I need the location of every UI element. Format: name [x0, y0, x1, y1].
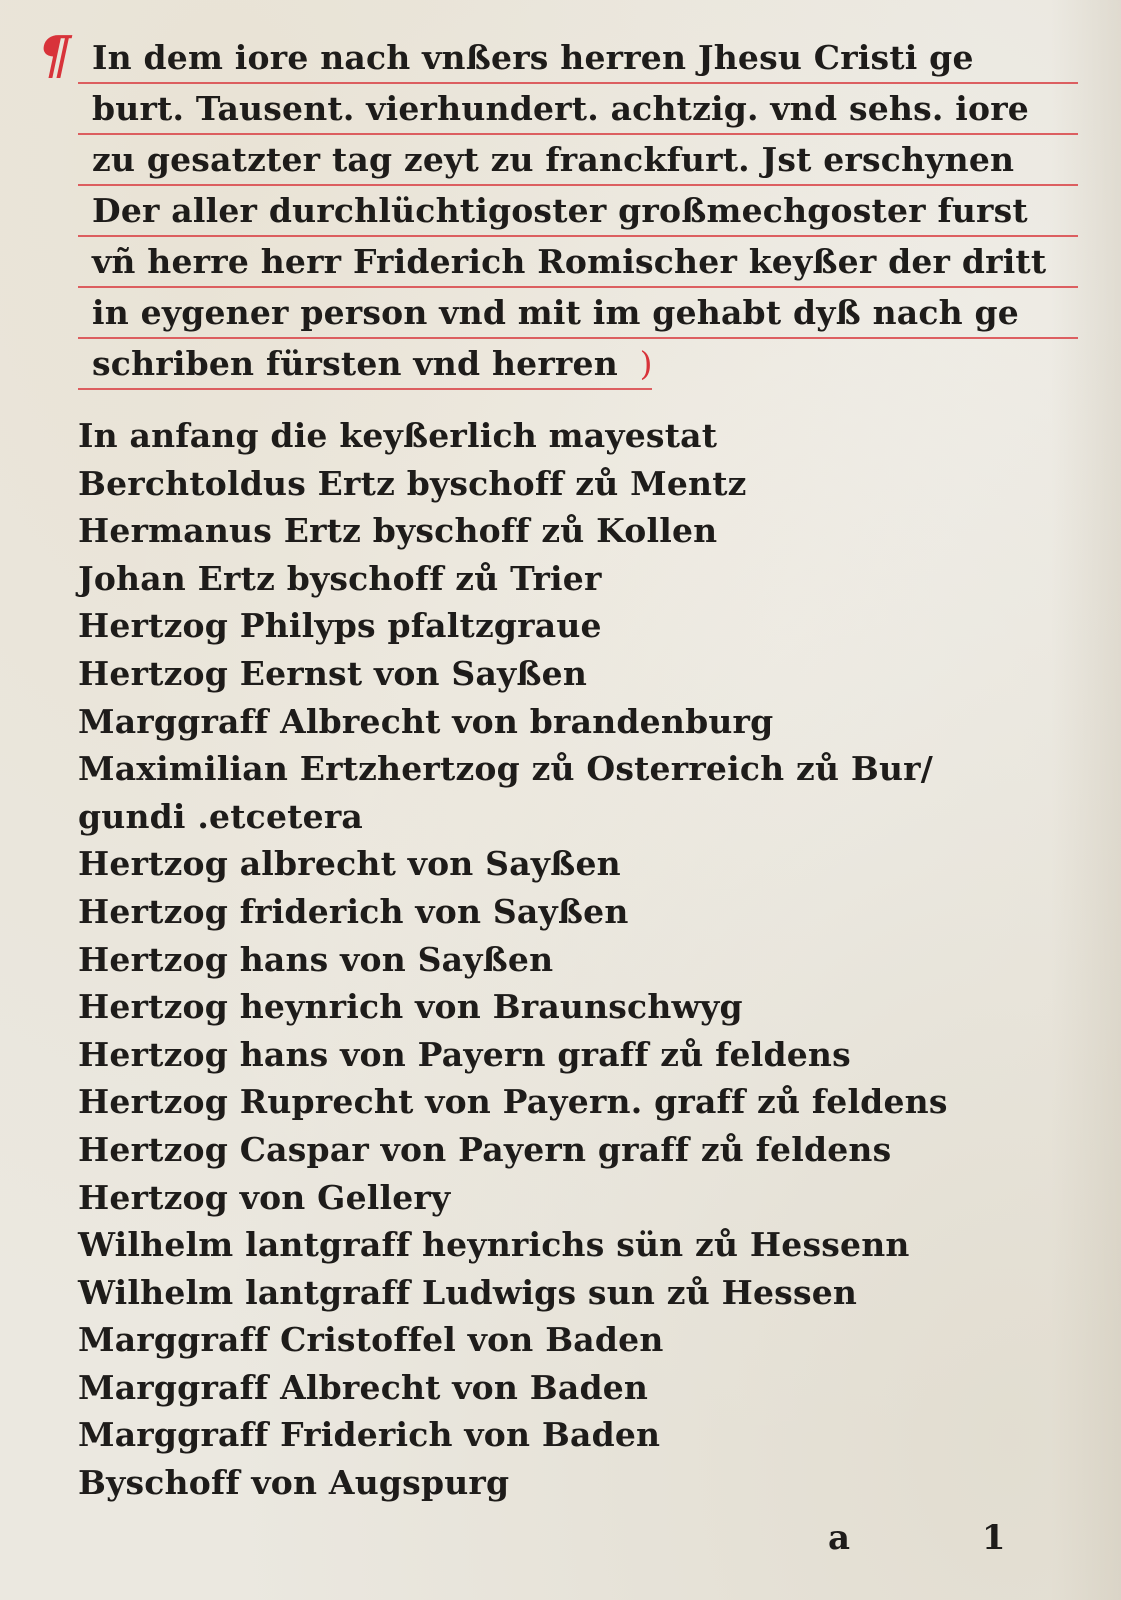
list-item: Hertzog Eernst von Sayßen [78, 650, 1038, 698]
incipit-block: In dem iore nach vnßers herren Jhesu Cri… [78, 36, 1078, 393]
incipit-line: schriben fürsten vnd herren ) [78, 342, 652, 393]
list-item: Hertzog hans von Sayßen [78, 936, 1038, 984]
list-item: Wilhelm lantgraff Ludwigs sun zů Hessen [78, 1269, 1038, 1317]
red-bracket-mark: ) [640, 344, 653, 383]
incipit-text: In dem iore nach vnßers herren Jhesu Cri… [92, 38, 974, 77]
incipit-line: vñ herre herr Friderich Romischer keyßer… [78, 240, 1078, 291]
list-item: Hermanus Ertz byschoff zů Kollen [78, 507, 1038, 555]
list-item: Hertzog Ruprecht von Payern. graff zů fe… [78, 1078, 1038, 1126]
red-rule [78, 388, 652, 390]
incipit-line: burt. Tausent. vierhundert. achtzig. vnd… [78, 87, 1078, 138]
list-item: Johan Ertz byschoff zů Trier [78, 555, 1038, 603]
incipit-text: burt. Tausent. vierhundert. achtzig. vnd… [92, 89, 1029, 128]
incipit-text: vñ herre herr Friderich Romischer keyßer… [92, 242, 1046, 281]
incipit-line: In dem iore nach vnßers herren Jhesu Cri… [78, 36, 1078, 87]
list-item: Marggraff Albrecht von Baden [78, 1364, 1038, 1412]
red-rule [78, 286, 1078, 288]
signature-mark: a 1 [828, 1518, 1066, 1558]
list-item: Wilhelm lantgraff heynrichs sün zů Hesse… [78, 1221, 1038, 1269]
incipit-text: schriben fürsten vnd herren [92, 344, 618, 383]
red-rule [78, 82, 1078, 84]
red-rule [78, 133, 1078, 135]
list-item: Hertzog heynrich von Braunschwyg [78, 983, 1038, 1031]
incipit-text: in eygener person vnd mit im gehabt dyß … [92, 293, 1019, 332]
list-item: Hertzog Caspar von Payern graff zů felde… [78, 1126, 1038, 1174]
list-item-continuation: gundi .etcetera [78, 793, 1038, 841]
incipit-line: in eygener person vnd mit im gehabt dyß … [78, 291, 1078, 342]
list-item: Hertzog von Gellery [78, 1174, 1038, 1222]
list-item: Marggraff Friderich von Baden [78, 1411, 1038, 1459]
incipit-line: Der aller durchlüchtigoster großmechgost… [78, 189, 1078, 240]
list-item: Byschoff von Augspurg [78, 1459, 1038, 1507]
red-rule [78, 337, 1078, 339]
list-item: Marggraff Albrecht von brandenburg [78, 698, 1038, 746]
list-item: Hertzog Philyps pfaltzgraue [78, 602, 1038, 650]
incipit-text: Der aller durchlüchtigoster großmechgost… [92, 191, 1028, 230]
list-item: Maximilian Ertzhertzog zů Osterreich zů … [78, 745, 1038, 793]
incipit-text: zu gesatzter tag zeyt zu franckfurt. Jst… [92, 140, 1014, 179]
list-item: In anfang die keyßerlich mayestat [78, 412, 1038, 460]
red-rule [78, 184, 1078, 186]
list-item: Berchtoldus Ertz byschoff zů Mentz [78, 460, 1038, 508]
incipit-line: zu gesatzter tag zeyt zu franckfurt. Jst… [78, 138, 1078, 189]
list-item: Hertzog friderich von Sayßen [78, 888, 1038, 936]
attendee-list: In anfang die keyßerlich mayestat Bercht… [78, 412, 1038, 1507]
list-item: Hertzog hans von Payern graff zů feldens [78, 1031, 1038, 1079]
list-item: Marggraff Cristoffel von Baden [78, 1316, 1038, 1364]
red-rule [78, 235, 1078, 237]
list-item: Hertzog albrecht von Sayßen [78, 840, 1038, 888]
